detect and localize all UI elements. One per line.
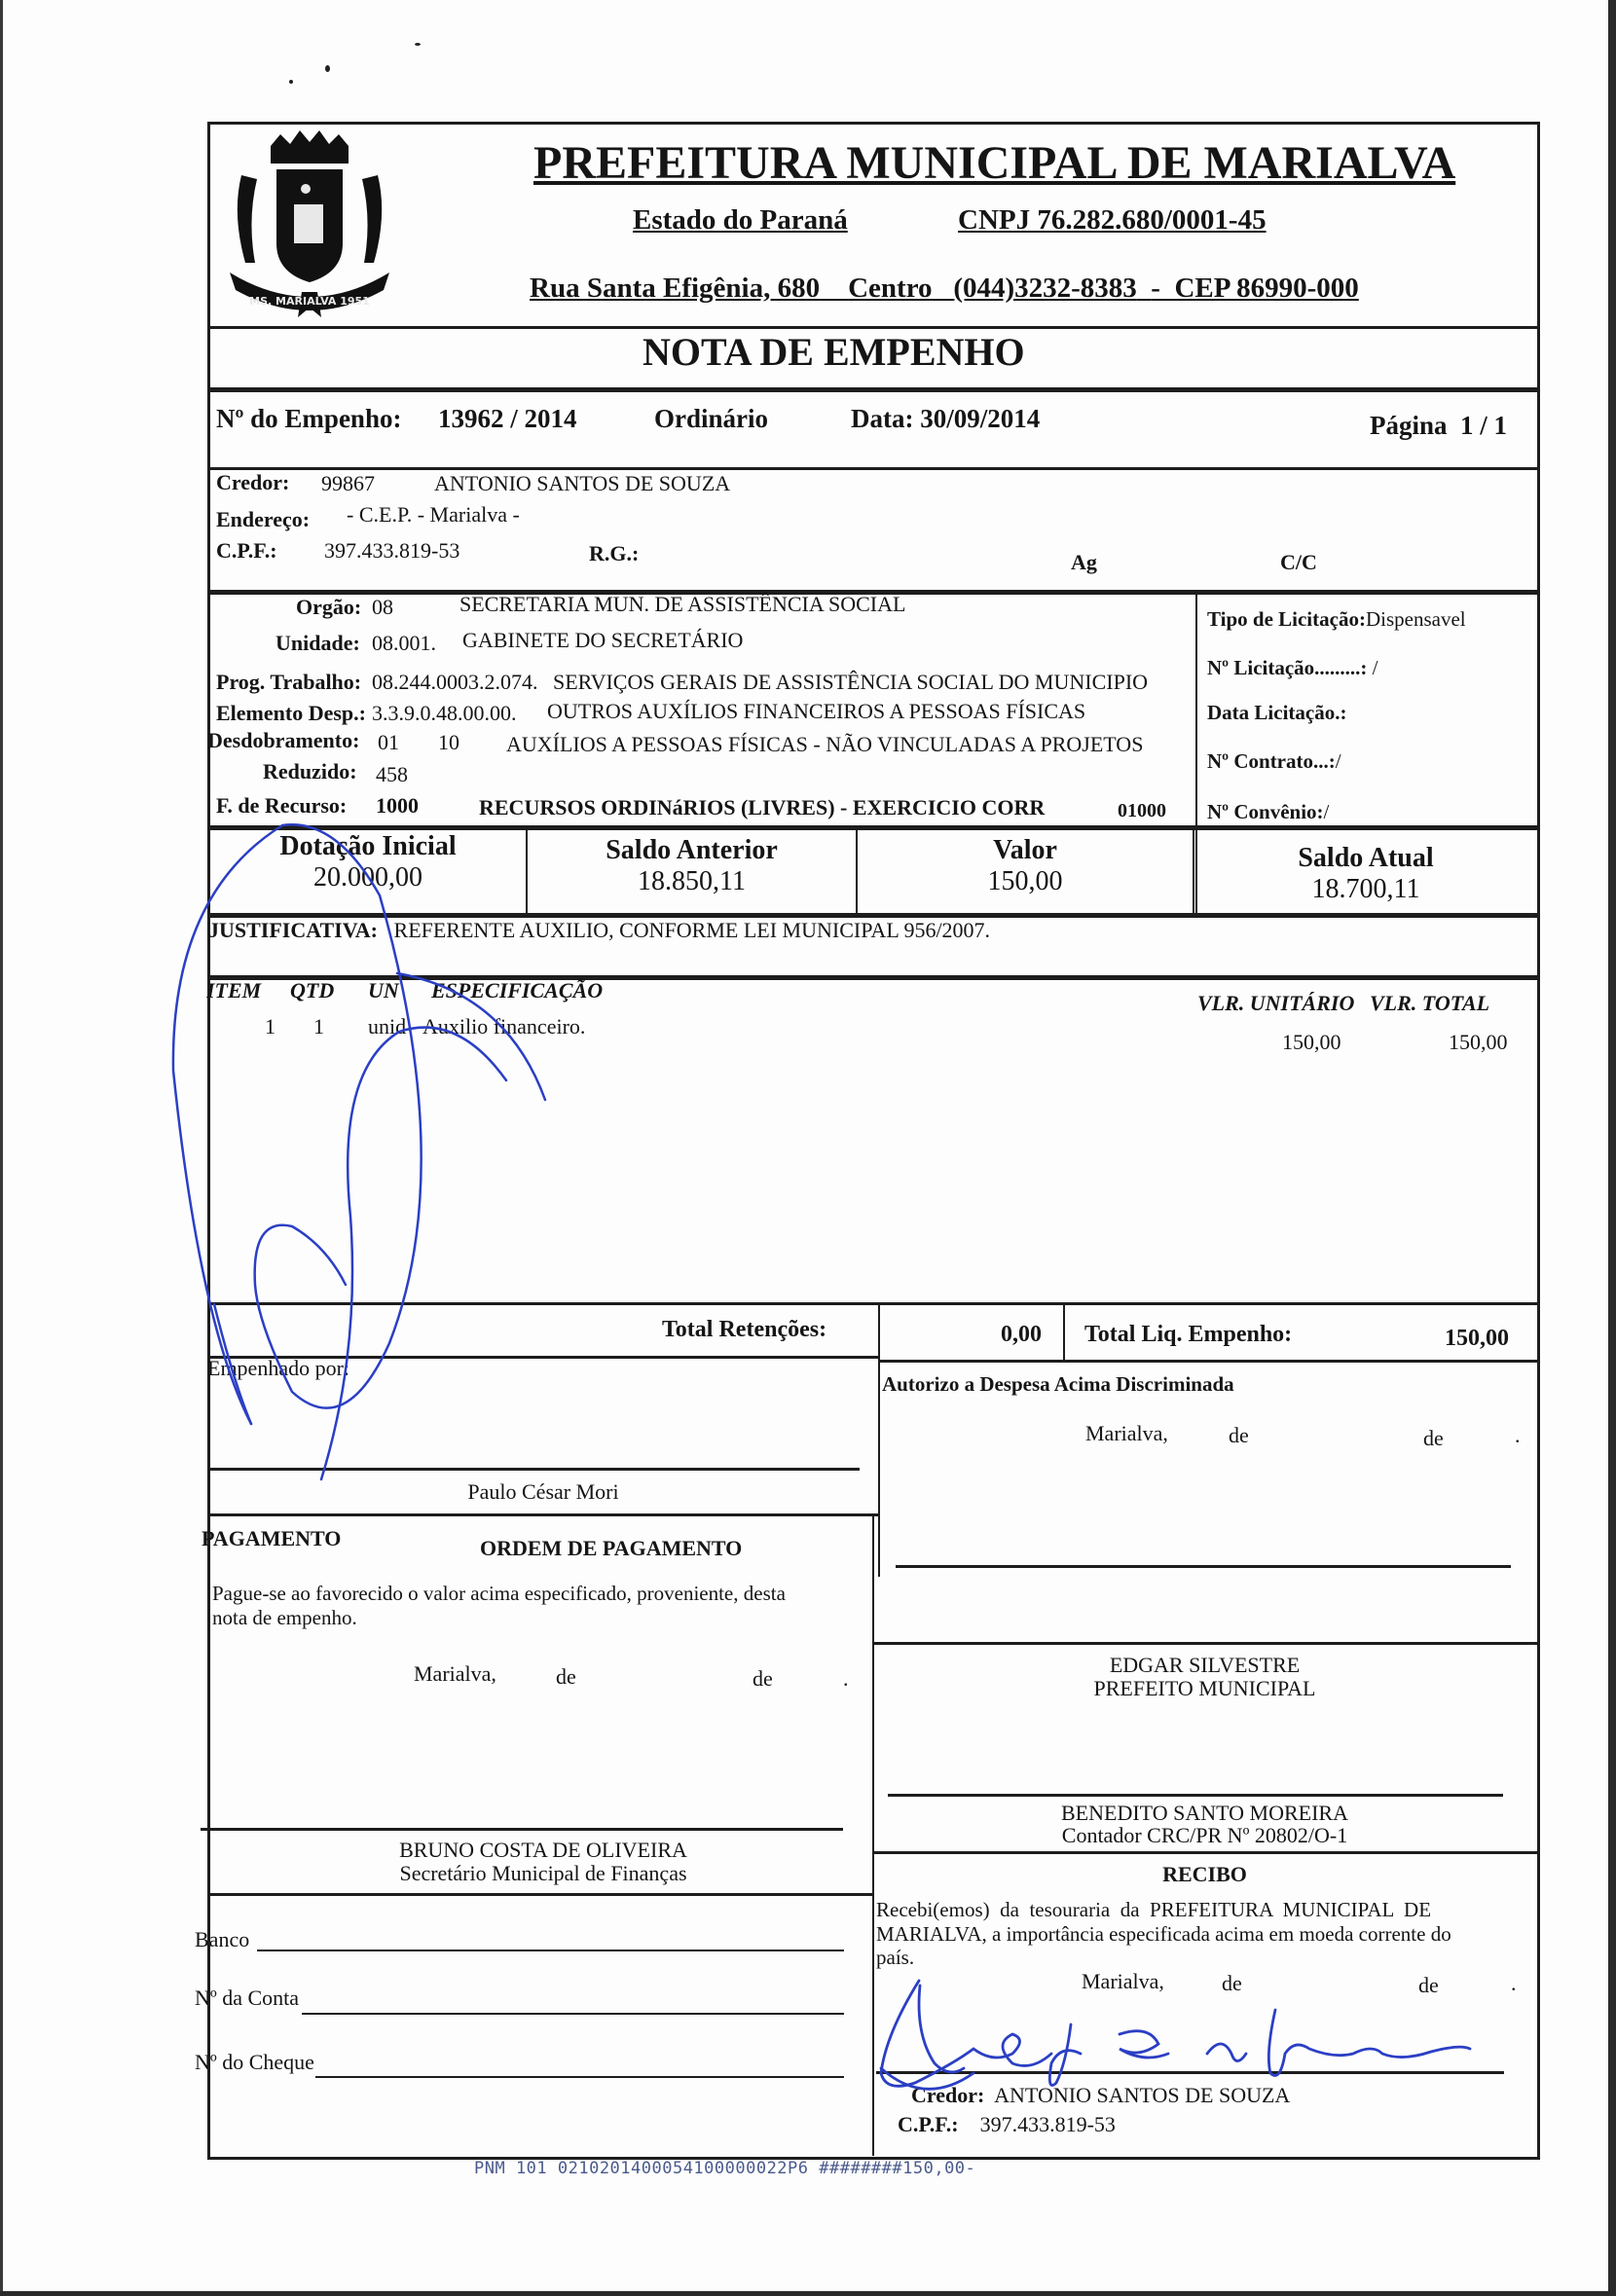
licitacao-tipo-label: Tipo de Licitação: bbox=[1207, 607, 1366, 631]
balance-label: Saldo Atual bbox=[1194, 843, 1537, 874]
scan-edge-right bbox=[1608, 0, 1616, 2296]
divider bbox=[207, 467, 1537, 470]
secretario-name: BRUNO COSTA DE OLIVEIRA bbox=[207, 1838, 879, 1863]
state-name: Estado do Paraná bbox=[633, 204, 848, 237]
desdobramento-label: Desdobramento: bbox=[207, 728, 359, 753]
banco-input-line[interactable] bbox=[257, 1950, 844, 1951]
balance-value: 20.000,00 bbox=[210, 862, 526, 893]
items-header-unit: VLR. UNITÁRIO bbox=[1197, 991, 1354, 1016]
recibo-line2: MARIALVA, a importância especificada aci… bbox=[876, 1922, 1451, 1947]
recurso-label: F. de Recurso: bbox=[216, 793, 347, 819]
items-header-spec: ESPECIFICAÇÃO bbox=[431, 978, 603, 1003]
items-header-un: UN bbox=[368, 978, 399, 1003]
page-indicator: Página 1 / 1 bbox=[1370, 411, 1507, 441]
desdobramento-code1: 01 bbox=[378, 730, 399, 755]
items-header-total: VLR. TOTAL bbox=[1370, 991, 1489, 1016]
empenho-type: Ordinário bbox=[654, 404, 768, 434]
credor-code: 99867 bbox=[321, 471, 375, 496]
scan-speck bbox=[325, 65, 330, 72]
page-label: Página bbox=[1370, 411, 1448, 440]
divider bbox=[207, 1513, 879, 1516]
municipal-coat-of-arms-icon: MS. MARIALVA 1951 bbox=[212, 127, 407, 321]
licitacao-numero-value: / bbox=[1373, 656, 1378, 679]
cpf-label: C.P.F.: bbox=[216, 538, 277, 564]
elemento-code: 3.3.9.0.48.00.00. bbox=[372, 701, 517, 726]
recurso-code2: 01000 bbox=[1118, 800, 1166, 822]
licitacao-contrato: Nº Contrato...:/ bbox=[1207, 749, 1341, 774]
signature-line bbox=[888, 1794, 1503, 1797]
items-header-qtd: QTD bbox=[290, 978, 334, 1003]
items-header-item: ITEM bbox=[206, 978, 261, 1003]
cnpj: CNPJ 76.282.680/0001-45 bbox=[958, 204, 1267, 237]
licitacao-convenio: Nº Convênio:/ bbox=[1207, 800, 1329, 824]
pagamento-dot: . bbox=[843, 1666, 849, 1692]
divider bbox=[207, 387, 1537, 392]
cheque-input-line[interactable] bbox=[315, 2076, 844, 2078]
balance-dotacao-inicial: Dotação Inicial 20.000,00 bbox=[210, 831, 526, 893]
item-un: unid bbox=[368, 1014, 406, 1039]
orgao-code: 08 bbox=[372, 595, 393, 620]
address-line: Rua Santa Efigênia, 680 Centro (044)3232… bbox=[530, 273, 1359, 305]
signature-line bbox=[896, 1565, 1511, 1568]
justificativa-label: JUSTIFICATIVA: bbox=[208, 918, 378, 942]
licitacao-convenio-label: Nº Convênio: bbox=[1207, 800, 1324, 823]
prog-trabalho-code: 08.244.0003.2.074. bbox=[372, 670, 538, 695]
licitacao-tipo-value: Dispensavel bbox=[1366, 607, 1466, 631]
balance-value: 150,00 bbox=[858, 866, 1193, 897]
autorizo-text: Autorizo a Despesa Acima Discriminada bbox=[882, 1372, 1234, 1397]
prog-trabalho-desc: SERVIÇOS GERAIS DE ASSISTÊNCIA SOCIAL DO… bbox=[553, 670, 1148, 695]
licitacao-numero: Nº Licitação.........: / bbox=[1207, 656, 1378, 680]
licitacao-convenio-value: / bbox=[1324, 800, 1330, 823]
desdobramento-desc: AUXÍLIOS A PESSOAS FÍSICAS - NÃO VINCULA… bbox=[506, 732, 1143, 757]
recibo-line1: Recebi(emos) da tesouraria da PREFEITURA… bbox=[876, 1898, 1431, 1922]
scan-speck bbox=[289, 80, 293, 84]
divider bbox=[878, 1304, 880, 1577]
rg-label: R.G.: bbox=[589, 541, 639, 566]
empenho-number: 13962 / 2014 bbox=[438, 404, 577, 434]
prog-trabalho-label: Prog. Trabalho: bbox=[216, 670, 361, 695]
date-label: Data: bbox=[851, 404, 913, 433]
divider bbox=[207, 825, 1537, 830]
autorizo-de2: de bbox=[1423, 1426, 1444, 1451]
licitacao-data: Data Licitação.: bbox=[1207, 701, 1346, 725]
recibo-cpf-value: 397.433.819-53 bbox=[980, 2112, 1116, 2136]
elemento-label: Elemento Desp.: bbox=[216, 701, 366, 726]
pagamento-label: PAGAMENTO bbox=[202, 1526, 341, 1551]
divider bbox=[878, 1360, 1537, 1363]
scan-speck bbox=[415, 43, 421, 46]
licitacao-contrato-label: Nº Contrato...: bbox=[1207, 749, 1336, 773]
unidade-label: Unidade: bbox=[275, 631, 360, 656]
scan-edge-left bbox=[0, 0, 3, 2296]
recibo-de2: de bbox=[1418, 1973, 1439, 1998]
recibo-credor-label: Credor: bbox=[911, 2083, 984, 2107]
phone: (044)3232-8383 bbox=[953, 273, 1136, 304]
total-liquido-label: Total Liq. Empenho: bbox=[1084, 1322, 1292, 1348]
prefeito-name: EDGAR SILVESTRE bbox=[872, 1653, 1537, 1678]
svg-text:MS. MARIALVA 1951: MS. MARIALVA 1951 bbox=[249, 295, 370, 308]
justificativa: JUSTIFICATIVA: REFERENTE AUXILIO, CONFOR… bbox=[208, 918, 990, 943]
prefeito-role: PREFEITO MUNICIPAL bbox=[872, 1676, 1537, 1701]
unidade-desc: GABINETE DO SECRETÁRIO bbox=[462, 628, 743, 653]
recibo-cpf-label: C.P.F.: bbox=[898, 2112, 959, 2136]
item-qtd: 1 bbox=[313, 1014, 324, 1039]
recibo-line3: país. bbox=[876, 1946, 914, 1970]
reduzido-value: 458 bbox=[376, 762, 408, 787]
empenhado-label: Empenhado por: bbox=[207, 1356, 349, 1381]
balance-value: 18.850,11 bbox=[528, 866, 856, 897]
elemento-desc: OUTROS AUXÍLIOS FINANCEIROS A PESSOAS FÍ… bbox=[547, 699, 1085, 724]
justificativa-text: REFERENTE AUXILIO, CONFORME LEI MUNICIPA… bbox=[394, 918, 991, 942]
licitacao-numero-label: Nº Licitação.........: bbox=[1207, 656, 1367, 679]
orgao-label: Orgão: bbox=[296, 595, 361, 620]
total-retencoes-label: Total Retenções: bbox=[662, 1317, 826, 1343]
signature-line bbox=[207, 1468, 860, 1471]
empenho-number-label: Nº do Empenho: bbox=[216, 404, 401, 434]
recibo-cpf: C.P.F.: 397.433.819-53 bbox=[898, 2112, 1116, 2137]
banco-label: Banco bbox=[195, 1927, 249, 1952]
item-total: 150,00 bbox=[1449, 1030, 1508, 1055]
recurso-desc: RECURSOS ORDINáRIOS (LIVRES) - EXERCICIO… bbox=[479, 795, 1045, 820]
licitacao-contrato-value: / bbox=[1336, 749, 1341, 773]
cpf-value: 397.433.819-53 bbox=[324, 538, 459, 564]
empenhado-signer: Paulo César Mori bbox=[207, 1479, 879, 1505]
balance-valor: Valor 150,00 bbox=[858, 835, 1193, 897]
address-district: Centro bbox=[848, 273, 932, 304]
pagamento-de2: de bbox=[753, 1666, 773, 1692]
municipality-title: PREFEITURA MUNICIPAL DE MARIALVA bbox=[533, 136, 1455, 190]
pagamento-de1: de bbox=[556, 1664, 576, 1690]
autorizo-de1: de bbox=[1229, 1423, 1249, 1448]
desdobramento-code2: 10 bbox=[438, 730, 459, 755]
item-spec: Auxilio financeiro. bbox=[422, 1014, 585, 1039]
conta-input-line[interactable] bbox=[302, 2013, 844, 2015]
signature-line bbox=[876, 2071, 1504, 2074]
address-separator: - bbox=[1151, 273, 1160, 304]
cheque-label: Nº do Cheque bbox=[195, 2050, 314, 2075]
divider bbox=[207, 1893, 872, 1896]
balance-saldo-atual: Saldo Atual 18.700,11 bbox=[1194, 843, 1537, 905]
balance-label: Valor bbox=[858, 835, 1193, 866]
machine-print-stamp: PNM 101 0210201400054100000022P6 #######… bbox=[474, 2159, 975, 2178]
date-value: 30/09/2014 bbox=[920, 404, 1040, 433]
credor-name: ANTONIO SANTOS DE SOUZA bbox=[434, 471, 730, 496]
ordem-pagamento-title: ORDEM DE PAGAMENTO bbox=[480, 1536, 742, 1561]
total-retencoes-value: 0,00 bbox=[1001, 1322, 1042, 1348]
recibo-dot: . bbox=[1511, 1971, 1517, 1996]
pagamento-text-line1: Pague-se ao favorecido o valor acima esp… bbox=[212, 1582, 786, 1606]
balance-value: 18.700,11 bbox=[1194, 874, 1537, 905]
empenho-date: Data: 30/09/2014 bbox=[851, 404, 1040, 434]
divider bbox=[872, 1851, 1537, 1854]
item-number: 1 bbox=[265, 1014, 275, 1039]
ag-label: Ag bbox=[1071, 550, 1097, 575]
divider bbox=[1063, 1304, 1065, 1361]
signature-line bbox=[201, 1828, 843, 1831]
autorizo-dot: . bbox=[1515, 1423, 1521, 1448]
contador-role: Contador CRC/PR Nº 20802/O-1 bbox=[872, 1823, 1537, 1848]
recibo-credor-name: ANTONIO SANTOS DE SOUZA bbox=[994, 2083, 1290, 2107]
cep: CEP 86990-000 bbox=[1174, 273, 1358, 304]
recibo-de1: de bbox=[1222, 1971, 1242, 1996]
orgao-desc: SECRETARIA MUN. DE ASSISTÊNCIA SOCIAL bbox=[459, 592, 905, 617]
balance-saldo-anterior: Saldo Anterior 18.850,11 bbox=[528, 835, 856, 897]
balance-label: Saldo Anterior bbox=[528, 835, 856, 866]
pagamento-place: Marialva, bbox=[414, 1661, 496, 1687]
scan-edge-bottom bbox=[0, 2291, 1616, 2296]
conta-label: Nº da Conta bbox=[195, 1986, 299, 2011]
item-unit-price: 150,00 bbox=[1282, 1030, 1341, 1055]
recibo-title: RECIBO bbox=[872, 1862, 1537, 1887]
document-title: NOTA DE EMPENHO bbox=[643, 329, 1025, 375]
reduzido-label: Reduzido: bbox=[263, 759, 357, 784]
unidade-code: 08.001. bbox=[372, 631, 436, 656]
cc-label: C/C bbox=[1280, 550, 1317, 575]
page-value: 1 / 1 bbox=[1460, 411, 1507, 440]
recibo-place: Marialva, bbox=[1082, 1969, 1164, 1994]
recibo-credor: Credor: ANTONIO SANTOS DE SOUZA bbox=[911, 2083, 1290, 2108]
balance-label: Dotação Inicial bbox=[210, 831, 526, 862]
licitacao-tipo: Tipo de Licitação:Dispensavel bbox=[1207, 607, 1466, 632]
divider bbox=[872, 1642, 1537, 1645]
secretario-role: Secretário Municipal de Finanças bbox=[207, 1861, 879, 1886]
divider bbox=[207, 1302, 1537, 1305]
total-liquido-value: 150,00 bbox=[1445, 1326, 1509, 1352]
endereco-value: - C.E.P. - Marialva - bbox=[347, 502, 520, 528]
credor-label: Credor: bbox=[216, 470, 289, 495]
autorizo-place: Marialva, bbox=[1085, 1421, 1168, 1446]
pagamento-text-line2: nota de empenho. bbox=[212, 1606, 357, 1630]
recurso-code: 1000 bbox=[376, 793, 419, 819]
endereco-label: Endereço: bbox=[216, 507, 310, 532]
licitacao-data-label: Data Licitação.: bbox=[1207, 701, 1346, 724]
address-street: Rua Santa Efigênia, 680 bbox=[530, 273, 820, 304]
divider bbox=[207, 975, 1537, 980]
